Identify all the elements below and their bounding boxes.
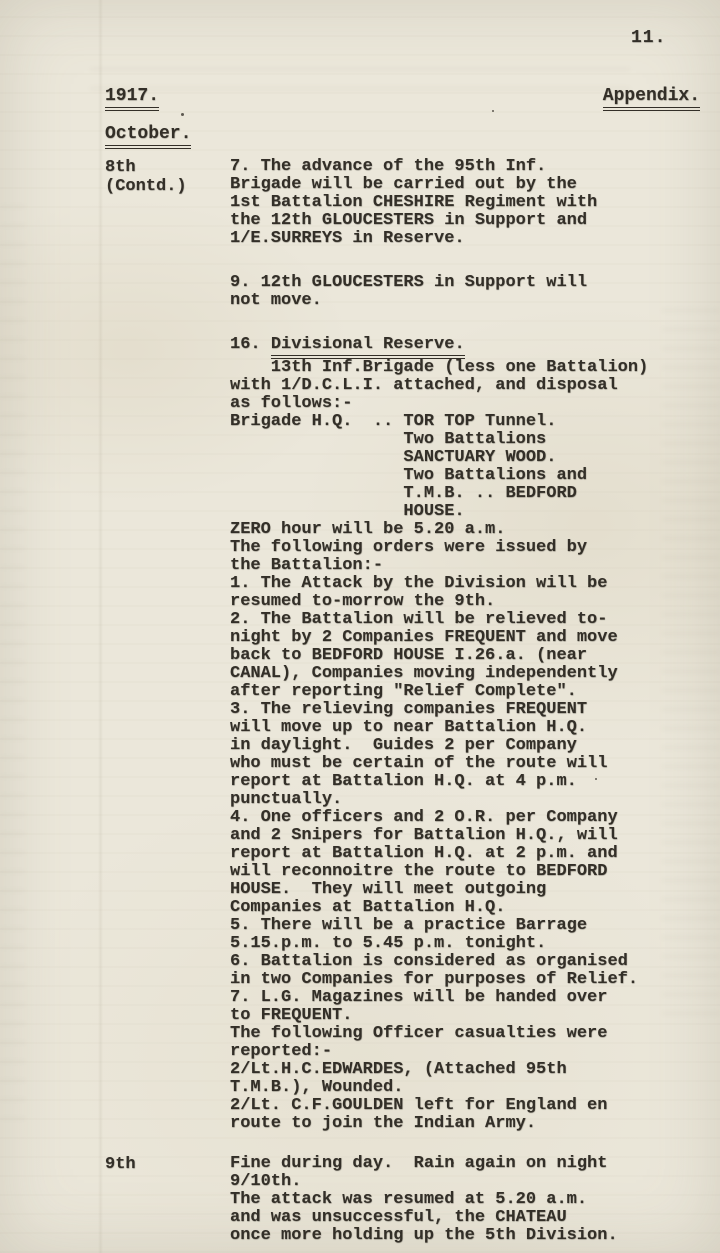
month-heading: October. (105, 124, 191, 149)
text-line: T.M.B. .. BEDFORD (230, 485, 690, 503)
text-line: The attack was resumed at 5.20 a.m. (230, 1191, 690, 1209)
diary-entry: 8th(Contd.)7. The advance of the 95th In… (105, 158, 690, 1133)
entry-date-contd: (Contd.) (105, 177, 230, 196)
text-line: night by 2 Companies FREQUENT and move (230, 629, 690, 647)
entry-date-column: 9th (105, 1155, 230, 1245)
text-line: 2. The Battalion will be relieved to- (230, 611, 690, 629)
text-line: who must be certain of the route will (230, 755, 690, 773)
entry-date: 8th (105, 158, 230, 177)
text-line: will move up to near Battalion H.Q. (230, 719, 690, 737)
text-line: and was unsuccessful, the CHATEAU (230, 1209, 690, 1227)
text-line: Brigade H.Q. .. TOR TOP Tunnel. (230, 413, 690, 431)
text-line: CANAL), Companies moving independently (230, 665, 690, 683)
text-line: 2/Lt.H.C.EDWARDES, (Attached 95th (230, 1061, 690, 1079)
paragraph: 7. The advance of the 95th Inf.Brigade w… (230, 158, 690, 248)
text-line: will reconnoitre the route to BEDFORD (230, 863, 690, 881)
page-header: 1917. Appendix. (105, 86, 700, 111)
text-line: HOUSE. They will meet outgoing (230, 881, 690, 899)
text-line: 1st Battalion CHESHIRE Regiment with (230, 194, 690, 212)
text-line: ZERO hour will be 5.20 a.m. (230, 521, 690, 539)
year-heading: 1917. (105, 86, 159, 111)
text-line: 16. Divisional Reserve. (230, 336, 690, 359)
text-line: to FREQUENT. (230, 1007, 690, 1025)
text-line: the 12th GLOUCESTERS in Support and (230, 212, 690, 230)
text-line: 5. There will be a practice Barrage (230, 917, 690, 935)
text-line: route to join the Indian Army. (230, 1115, 690, 1133)
text-line: The following Officer casualties were (230, 1025, 690, 1043)
text-line: SANCTUARY WOOD. (230, 449, 690, 467)
text-line: the Battalion:- (230, 557, 690, 575)
text-line: with 1/D.C.L.I. attached, and disposal (230, 377, 690, 395)
text-line: 9/10th. (230, 1173, 690, 1191)
paragraph: 9. 12th GLOUCESTERS in Support willnot m… (230, 274, 690, 310)
text-line: 7. L.G. Magazines will be handed over (230, 989, 690, 1007)
page-number: 11. (631, 28, 666, 48)
text-line: Two Battalions (230, 431, 690, 449)
text-line: HOUSE. (230, 503, 690, 521)
text-line: and 2 Snipers for Battalion H.Q., will (230, 827, 690, 845)
paper-crease (98, 0, 103, 1253)
text-line: 2/Lt. C.F.GOULDEN left for England en (230, 1097, 690, 1115)
title-prefix: 16. (230, 335, 271, 354)
bleedthrough-mark (90, 52, 630, 90)
text-line: report at Battalion H.Q. at 2 p.m. and (230, 845, 690, 863)
text-line: report at Battalion H.Q. at 4 p.m. (230, 773, 690, 791)
text-line: 1. The Attack by the Division will be (230, 575, 690, 593)
entry-date: 9th (105, 1155, 230, 1174)
text-line: resumed to-morrow the 9th. (230, 593, 690, 611)
text-line: The following orders were issued by (230, 539, 690, 557)
text-line: 7. The advance of the 95th Inf. (230, 158, 690, 176)
paragraph: Fine during day. Rain again on night9/10… (230, 1155, 690, 1245)
text-line: 6. Battalion is considered as organised (230, 953, 690, 971)
text-line: Fine during day. Rain again on night (230, 1155, 690, 1173)
text-line: Brigade will be carried out by the (230, 176, 690, 194)
text-line: 1/E.SURREYS in Reserve. (230, 230, 690, 248)
text-line: in two Companies for purposes of Relief. (230, 971, 690, 989)
diary-entry: 9thFine during day. Rain again on night9… (105, 1155, 690, 1245)
text-line: not move. (230, 292, 690, 310)
text-line: once more holding up the 5th Division. (230, 1227, 690, 1245)
text-line: back to BEDFORD HOUSE I.26.a. (near (230, 647, 690, 665)
text-line: 5.15.p.m. to 5.45 p.m. tonight. (230, 935, 690, 953)
text-line: 13th Inf.Brigade (less one Battalion) (230, 359, 690, 377)
text-line: T.M.B.), Wounded. (230, 1079, 690, 1097)
paragraph: 16. Divisional Reserve. 13th Inf.Brigade… (230, 336, 690, 1133)
text-line: after reporting "Relief Complete". (230, 683, 690, 701)
underlined-title: Divisional Reserve. (271, 336, 465, 359)
text-line: punctually. (230, 791, 690, 809)
entry-body: 7. The advance of the 95th Inf.Brigade w… (230, 158, 690, 1133)
entry-body: Fine during day. Rain again on night9/10… (230, 1155, 690, 1245)
entries: 8th(Contd.)7. The advance of the 95th In… (105, 158, 690, 1245)
text-line: as follows:- (230, 395, 690, 413)
ink-speck (181, 113, 184, 116)
text-line: reported:- (230, 1043, 690, 1061)
text-line: Two Battalions and (230, 467, 690, 485)
text-line: 3. The relieving companies FREQUENT (230, 701, 690, 719)
text-line: 9. 12th GLOUCESTERS in Support will (230, 274, 690, 292)
text-line: in daylight. Guides 2 per Company (230, 737, 690, 755)
text-line: Companies at Battalion H.Q. (230, 899, 690, 917)
appendix-heading: Appendix. (603, 86, 700, 111)
diary-page: 11. 1917. Appendix. October. 8th(Contd.)… (0, 0, 720, 1253)
bleedthrough-mark (0, 190, 26, 1120)
entry-date-column: 8th(Contd.) (105, 158, 230, 1133)
text-line: 4. One officers and 2 O.R. per Company (230, 809, 690, 827)
